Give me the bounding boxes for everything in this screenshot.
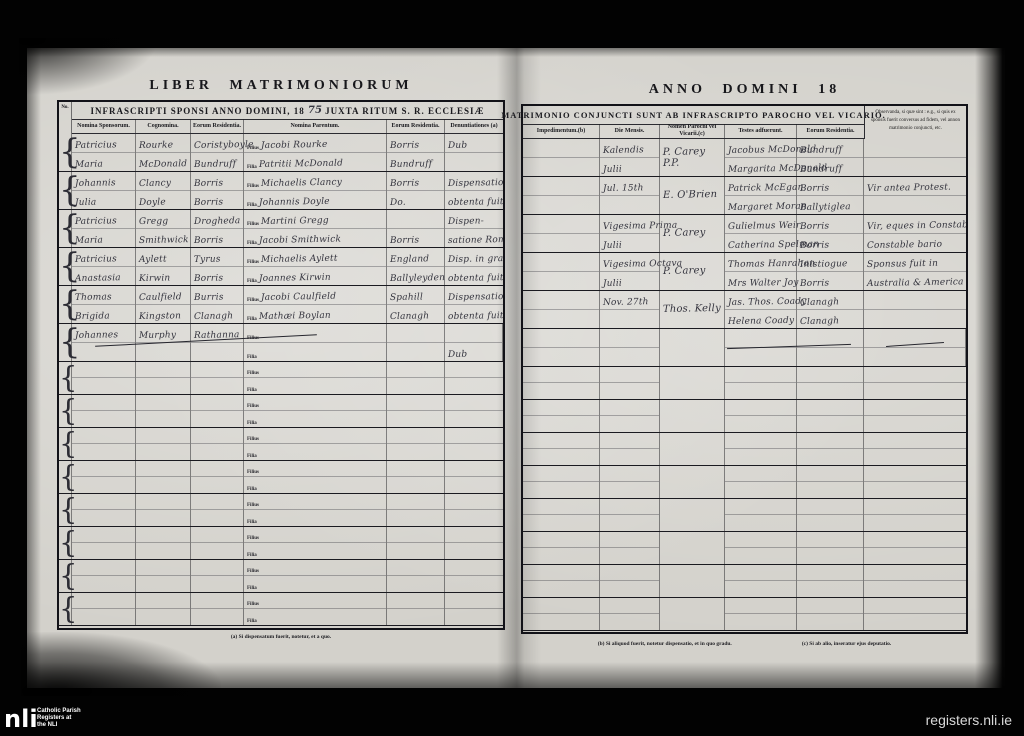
handwritten-text: Johannes <box>75 330 118 341</box>
cell-line <box>191 343 243 362</box>
cell-line: FiliaPatritii McDonald <box>244 153 386 172</box>
parent-prefix-print: Filia <box>247 203 257 208</box>
parent-prefix-print: Filia <box>247 388 257 393</box>
cell-line <box>523 234 599 253</box>
handwritten-text: Julii <box>603 241 622 251</box>
testes-cell: Patrick McEganMargaret Moran <box>725 177 797 214</box>
handwritten-text: Clanagh <box>390 311 429 322</box>
impedimentum-cell <box>523 532 600 564</box>
handwritten-text: Julia <box>75 198 97 208</box>
cell-line <box>445 593 503 609</box>
cell-line <box>445 461 503 477</box>
cell-line: Jas. Thos. Coady <box>725 291 796 310</box>
sponsi-cell: Johannes <box>72 324 136 361</box>
parent-prefix-print: Filia <box>247 279 257 284</box>
die-mensis-cell <box>600 565 660 597</box>
handwritten-text: Jacobi Smithwick <box>259 235 341 246</box>
column-header: Nomina Parentum. <box>244 119 387 133</box>
die-mensis-cell: Vigesima OctavaJulii <box>600 253 660 290</box>
handwritten-text: Julii <box>603 279 622 289</box>
handwritten-text: Patricius <box>75 140 117 151</box>
cell-line <box>136 543 190 559</box>
cell-line: Filius <box>244 395 386 411</box>
register-row: {FiliusFilia <box>59 593 503 626</box>
cell-line <box>864 532 966 548</box>
cell-line <box>136 527 190 543</box>
cell-line <box>72 378 135 394</box>
cell-line <box>600 598 659 614</box>
cell-line: obtenta fuit <box>445 267 503 286</box>
sponsi-cell <box>72 461 136 493</box>
handwritten-text: McDonald <box>139 159 187 170</box>
cell-line: Clanagh <box>191 305 243 324</box>
cell-line <box>864 482 966 498</box>
cell-line <box>387 343 444 362</box>
parochus-cell <box>660 532 725 564</box>
cell-line: Borris <box>387 172 444 191</box>
impedimentum-cell <box>523 565 600 597</box>
handwritten-text: obtenta fuit <box>448 197 503 208</box>
cell-line <box>523 449 599 465</box>
impedimentum-cell <box>523 291 600 328</box>
parentum-cell: FiliusMichaelis AylettFiliaJoannes Kirwi… <box>244 248 387 285</box>
cell-line: Sponsus fuit in <box>864 253 966 272</box>
cell-line: Filia <box>244 343 386 362</box>
parentum-residentia-cell <box>387 461 445 493</box>
cell-line <box>523 272 599 291</box>
parentum-cell: FiliusMichaelis ClancyFiliaJohannis Doyl… <box>244 172 387 209</box>
handwritten-year: 75 <box>308 105 323 116</box>
handwritten-text: Borris <box>194 197 224 208</box>
row-number-cell: { <box>59 593 72 625</box>
cell-line <box>600 614 659 630</box>
parochus-cell: P. Carey P.P. <box>660 139 725 176</box>
cognomina-cell <box>136 527 191 559</box>
cell-line <box>387 210 444 229</box>
cell-line <box>864 515 966 531</box>
parochus-cell <box>660 367 725 399</box>
cell-line <box>72 477 135 493</box>
parentum-cell: FiliusMartini GreggFiliaJacobi Smithwick <box>244 210 387 247</box>
cell-line <box>191 543 243 559</box>
cell-line <box>523 253 599 272</box>
cell-line: Filia <box>244 378 386 394</box>
column-header: Impedimentum.(b) <box>523 124 600 138</box>
cell-line <box>136 461 190 477</box>
cell-line <box>387 324 444 343</box>
cell-line <box>191 576 243 592</box>
handwritten-text: Johannis <box>75 178 116 189</box>
cell-line <box>600 548 659 564</box>
handwritten-text: Thomas <box>75 292 112 303</box>
row-number-cell: { <box>59 395 72 427</box>
handwritten-text: Dispensatio <box>448 292 503 303</box>
handwritten-text: Helena Coady <box>728 316 794 327</box>
parentum-cell: FiliusFilia <box>244 593 387 625</box>
cell-line: Kalendis <box>600 139 659 158</box>
denuntiationes-cell <box>445 494 503 526</box>
cell-line <box>523 158 599 177</box>
handwritten-text: Patrick McEgan <box>728 182 804 193</box>
cell-line: Filius <box>244 461 386 477</box>
impedimentum-cell <box>523 329 600 366</box>
row-number-cell: { <box>59 461 72 493</box>
cell-line <box>797 482 863 498</box>
handwritten-text: Mrs Walter Joy <box>728 278 799 289</box>
cell-line <box>523 565 599 581</box>
handwritten-text: Michaelis Clancy <box>261 177 342 188</box>
cell-line: satione Romæ <box>445 229 503 248</box>
handwritten-text: Clanagh <box>194 311 233 322</box>
cognomina-cell: RourkeMcDonald <box>136 134 191 171</box>
cell-line <box>600 348 659 367</box>
cell-line: Filia <box>244 609 386 625</box>
cell-line: Julia <box>72 191 135 210</box>
right-table-rows: KalendisJuliiP. Carey P.P.Jacobus McDona… <box>523 139 966 632</box>
cell-line: Clanagh <box>797 291 863 310</box>
handwritten-text: Borris <box>390 178 420 189</box>
sponsi-cell <box>72 395 136 427</box>
handwritten-text: Ballytiglea <box>800 202 851 213</box>
parent-prefix-print: Filia <box>247 487 257 492</box>
cell-line <box>864 196 966 215</box>
cell-line <box>600 367 659 383</box>
parent-prefix-print: Filius <box>247 184 259 189</box>
handwritten-text: Michaelis Aylett <box>261 253 338 264</box>
handwritten-text: obtenta fuit <box>448 273 503 284</box>
observanda-cell <box>864 433 966 465</box>
handwritten-text: Doyle <box>139 198 166 208</box>
cell-line: Borris <box>387 134 444 153</box>
cell-line: Thomas Hanrahan <box>725 253 796 272</box>
impedimentum-cell <box>523 367 600 399</box>
cell-line <box>136 411 190 427</box>
denuntiationes-cell <box>445 461 503 493</box>
cell-line <box>191 428 243 444</box>
cell-line: Filia <box>244 543 386 559</box>
cell-line: Smithwick <box>136 229 190 248</box>
cognomina-cell: CaulfieldKingston <box>136 286 191 323</box>
cell-line: Filius <box>244 593 386 609</box>
impedimentum-cell <box>523 466 600 498</box>
observanda-cell <box>864 400 966 432</box>
parochus-cell <box>660 329 725 366</box>
cell-line: Spahill <box>387 286 444 305</box>
register-row: Vigesima OctavaJuliiP. CareyThomas Hanra… <box>523 253 966 291</box>
handwritten-text: Gregg <box>139 216 169 227</box>
parent-prefix-print: Filius <box>247 404 259 409</box>
register-row: KalendisJuliiP. Carey P.P.Jacobus McDona… <box>523 139 966 177</box>
cell-line <box>600 581 659 597</box>
cell-line: Borris <box>797 215 863 234</box>
cell-line <box>523 291 599 310</box>
parentum-cell: FiliusJacobi RourkeFiliaPatritii McDonal… <box>244 134 387 171</box>
cell-line <box>387 543 444 559</box>
cognomina-cell <box>136 560 191 592</box>
cell-line <box>387 411 444 427</box>
cell-line <box>600 515 659 531</box>
cell-line <box>445 153 503 172</box>
parent-prefix-print: Filia <box>247 241 257 246</box>
cell-line <box>523 139 599 158</box>
testes-cell <box>725 565 797 597</box>
parentum-residentia-cell: EnglandBallyleyden <box>387 248 445 285</box>
cell-line <box>523 515 599 531</box>
row-number-cell: { <box>59 494 72 526</box>
observanda-cell: Sponsus fuit inAustralia & America <box>864 253 966 290</box>
cell-line: Borris <box>387 229 444 248</box>
testes-residentia-cell <box>797 565 864 597</box>
observanda-cell: Vir antea Protest. <box>864 177 966 214</box>
cell-line: Filius <box>244 527 386 543</box>
die-mensis-cell <box>600 400 660 432</box>
cell-line: Borris <box>191 191 243 210</box>
cell-line: Bundruff <box>797 158 863 177</box>
cell-line: Kingston <box>136 305 190 324</box>
cell-line: Filius <box>244 494 386 510</box>
denuntiationes-cell <box>445 560 503 592</box>
cell-line <box>725 482 796 498</box>
observanda-cell <box>864 532 966 564</box>
parochus-cell: Thos. Kelly <box>660 291 725 328</box>
cell-line <box>523 499 599 515</box>
cell-line <box>136 428 190 444</box>
right-page-title: ANNO DOMINI 18 <box>521 82 968 98</box>
sponsi-cell: PatriciusMaria <box>72 210 136 247</box>
cell-line <box>445 527 503 543</box>
testes-residentia-cell <box>797 329 864 366</box>
cell-line <box>445 477 503 493</box>
cell-line <box>136 477 190 493</box>
handwritten-text: Jacobi Caulfield <box>261 291 336 302</box>
residentia-cell <box>191 527 244 559</box>
register-row <box>523 532 966 565</box>
cell-line <box>191 560 243 576</box>
cell-line <box>797 416 863 432</box>
handwritten-text: Kalendis <box>603 145 644 156</box>
cell-line <box>797 598 863 614</box>
impedimentum-cell <box>523 253 600 290</box>
cell-line <box>445 378 503 394</box>
cell-line <box>523 310 599 329</box>
parent-prefix-print: Filia <box>247 454 257 459</box>
handwritten-text: Nov. 27th <box>603 297 649 308</box>
cell-line <box>523 482 599 498</box>
cell-line <box>191 510 243 526</box>
handwritten-text: obtenta fuit <box>448 311 503 322</box>
testes-cell: Gulielmus WeirCatherina Spelman <box>725 215 797 252</box>
residentia-cell: DroghedaBorris <box>191 210 244 247</box>
cell-line: Maria <box>72 153 135 172</box>
cell-line: Clanagh <box>387 305 444 324</box>
sponsi-cell: ThomasBrigida <box>72 286 136 323</box>
handwritten-text: Vir, eques in Constabulario; <box>867 219 966 231</box>
register-row: Vigesima PrimaJuliiP. CareyGulielmus Wei… <box>523 215 966 253</box>
site-url: registers.nli.ie <box>926 712 1012 728</box>
handwritten-text: Dub <box>448 140 468 150</box>
parochus-cell <box>660 433 725 465</box>
cell-line <box>523 416 599 432</box>
handwritten-text: Disp. in gradu <box>448 253 503 264</box>
cell-line: Doyle <box>136 191 190 210</box>
parent-prefix-print: Filia <box>247 421 257 426</box>
cell-line: Borris <box>797 272 863 291</box>
footnote-c: (c) Si ab alio, inseratur ejus deputatio… <box>802 641 891 647</box>
cell-line: Dub <box>445 134 503 153</box>
cell-line <box>725 433 796 449</box>
cell-line <box>387 428 444 444</box>
impedimentum-cell <box>523 139 600 176</box>
cell-line: Aylett <box>136 248 190 267</box>
cell-line <box>445 362 503 378</box>
handwritten-text: Do. <box>390 198 406 208</box>
impedimentum-cell <box>523 433 600 465</box>
cell-line: Drogheda <box>191 210 243 229</box>
cell-line: Gulielmus Weir <box>725 215 796 234</box>
handwritten-text: Australia & America <box>867 277 964 289</box>
die-mensis-cell <box>600 466 660 498</box>
cell-line <box>864 400 966 416</box>
cell-line <box>600 532 659 548</box>
denuntiationes-cell: Dispensatioobtenta fuit <box>445 286 503 323</box>
cell-line <box>72 527 135 543</box>
cell-line: Brigida <box>72 305 135 324</box>
cell-line: Australia & America <box>864 272 966 291</box>
cell-line <box>864 139 966 158</box>
residentia-cell <box>191 593 244 625</box>
left-register-table: No. INFRASCRIPTI SPONSI ANNO DOMINI, 18 … <box>57 100 505 630</box>
scan-top-edge <box>27 48 1005 57</box>
handwritten-text: Clanagh <box>800 297 839 308</box>
parentum-residentia-cell: Borris <box>387 210 445 247</box>
cell-line: Filius <box>244 560 386 576</box>
cell-line: Filia <box>244 510 386 526</box>
register-row <box>523 466 966 499</box>
cell-line <box>191 362 243 378</box>
cell-line: Patricius <box>72 134 135 153</box>
cell-line <box>864 499 966 515</box>
handwritten-text: Inistiogue <box>800 259 848 270</box>
residentia-cell: Rathanna <box>191 324 244 361</box>
cell-line: Borris <box>191 267 243 286</box>
nli-caption: Catholic Parish Registers at the NLI <box>37 708 81 729</box>
cell-line <box>864 614 966 630</box>
cell-line <box>523 581 599 597</box>
testes-residentia-cell: ClanaghClanagh <box>797 291 864 328</box>
handwritten-text: Spahill <box>390 292 423 303</box>
cell-line: Filia <box>244 411 386 427</box>
cell-line <box>523 614 599 630</box>
column-header: Eorum Residentia. <box>797 124 864 138</box>
impedimentum-cell <box>523 598 600 630</box>
observanda-cell <box>864 598 966 630</box>
cell-line <box>136 395 190 411</box>
observanda-cell <box>864 466 966 498</box>
cell-line <box>445 428 503 444</box>
register-row: {FiliusFilia <box>59 395 503 428</box>
cell-line: Filius <box>244 428 386 444</box>
parochus-cell <box>660 466 725 498</box>
testes-residentia-cell: InistiogueBorris <box>797 253 864 290</box>
cell-line <box>387 494 444 510</box>
left-page-footnote: (a) Si dispensatum fuerit, notetur, et a… <box>57 634 505 640</box>
register-row <box>523 598 966 631</box>
handwritten-text: Anastasia <box>75 273 121 284</box>
cell-line <box>523 383 599 399</box>
cell-line: Murphy <box>136 324 190 343</box>
handwritten-text: Tyrus <box>194 254 221 264</box>
cell-line: Margarita McDonald <box>725 158 796 177</box>
cell-line: FiliusJacobi Caulfield <box>244 286 386 305</box>
cell-line: Clanagh <box>797 310 863 329</box>
cell-line <box>725 383 796 399</box>
cell-line <box>387 510 444 526</box>
denuntiationes-cell: Dub <box>445 134 503 171</box>
cell-line <box>387 461 444 477</box>
cell-line <box>864 416 966 432</box>
residentia-cell: BorrisBorris <box>191 172 244 209</box>
denuntiationes-cell <box>445 428 503 460</box>
handwritten-text: Burris <box>194 292 224 303</box>
cell-line <box>523 348 599 367</box>
right-header-band: MATRIMONIO CONJUNCTI SUNT AB INFRASCRIPT… <box>523 106 864 125</box>
cell-line <box>387 527 444 543</box>
cell-line <box>523 196 599 215</box>
cell-line <box>725 400 796 416</box>
left-column-headers: Nomina Sponsorum.Cognomina.Eorum Residen… <box>72 119 503 134</box>
cell-line: FiliusJacobi Rourke <box>244 134 386 153</box>
parent-prefix-print: Filius <box>247 371 259 376</box>
cell-line <box>523 177 599 196</box>
die-mensis-cell <box>600 532 660 564</box>
testes-cell <box>725 499 797 531</box>
parentum-cell: FiliusFilia <box>244 324 387 361</box>
scan-left-edge <box>27 48 41 688</box>
register-row: Nov. 27thThos. KellyJas. Thos. CoadyHele… <box>523 291 966 329</box>
sponsi-cell <box>72 362 136 394</box>
impedimentum-cell <box>523 499 600 531</box>
handwritten-text: P. Carey <box>660 227 709 239</box>
cell-line <box>864 565 966 581</box>
cell-line: Dispensatio <box>445 172 503 191</box>
parentum-residentia-cell <box>387 527 445 559</box>
parentum-cell: FiliusFilia <box>244 527 387 559</box>
cell-line <box>72 609 135 625</box>
cell-line: Dispensatio <box>445 286 503 305</box>
parent-prefix-print: Filia <box>247 586 257 591</box>
cell-line <box>72 395 135 411</box>
cell-line <box>445 576 503 592</box>
denuntiationes-cell: Dub <box>445 324 503 361</box>
handwritten-text: Patritii McDonald <box>259 159 343 170</box>
cell-line: Filia <box>244 576 386 592</box>
cognomina-cell <box>136 395 191 427</box>
parochus-cell <box>660 598 725 630</box>
observanda-cell <box>864 499 966 531</box>
cell-line <box>191 378 243 394</box>
handwritten-text: Jacobi Rourke <box>261 139 328 150</box>
parentum-cell: FiliusFilia <box>244 362 387 394</box>
cell-line: Thomas <box>72 286 135 305</box>
right-register-table: MATRIMONIO CONJUNCTI SUNT AB INFRASCRIPT… <box>521 104 968 634</box>
testes-residentia-cell: BorrisBorris <box>797 215 864 252</box>
testes-cell <box>725 532 797 564</box>
cell-line: Johannes <box>72 324 135 343</box>
cell-line <box>191 477 243 493</box>
parent-prefix-print: Filia <box>247 165 257 170</box>
handwritten-text: Kirwin <box>139 273 171 284</box>
parentum-cell: FiliusFilia <box>244 461 387 493</box>
